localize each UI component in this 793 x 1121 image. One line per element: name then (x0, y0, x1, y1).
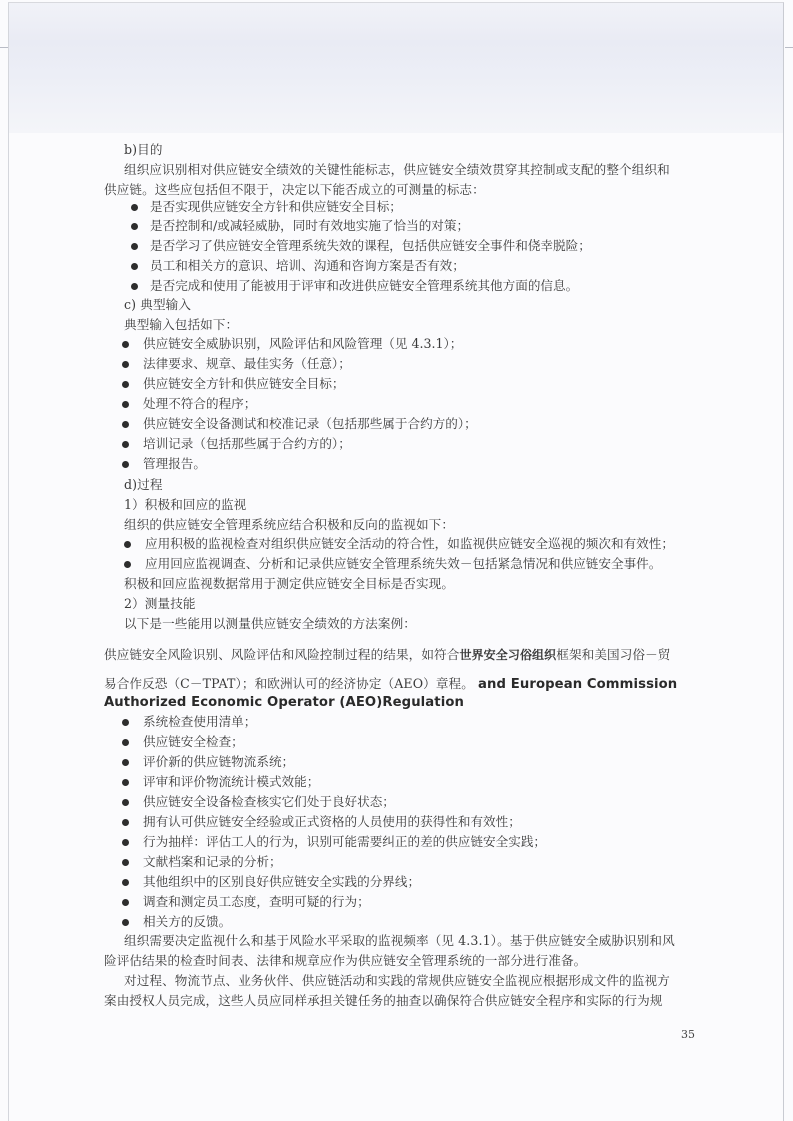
section-c-bullet: 供应链安全设备测试和校准记录（包括那些属于合约方的）； (143, 416, 477, 432)
section-c-bullet: 供应链安全威胁识别，风险评估和风险管理（见 4.3.1）； (143, 336, 462, 352)
method-bullet: 文献档案和记录的分析； (143, 854, 282, 870)
section-b-heading: b)目的 (124, 142, 163, 158)
bullet-icon (122, 719, 129, 726)
bullet-icon (122, 341, 129, 348)
method-bullet: 评审和评价物流统计模式效能； (143, 774, 319, 790)
english-line1: and European Commission (478, 677, 677, 692)
page-number: 35 (681, 1028, 695, 1041)
bullet-icon (122, 401, 129, 408)
bullet-icon (124, 541, 131, 548)
risk-line1-bold: 世界安全习俗组织 (459, 648, 556, 662)
bullet-icon (122, 839, 129, 846)
method-bullet: 行为抽样：评估工人的行为，识别可能需要纠正的差的供应链安全实践； (143, 834, 546, 850)
closing-paragraph1-line2: 险评估结果的检查时间表、法律和规章应作为供应链安全管理系统的一部分进行准备。 (104, 953, 586, 969)
method-bullet: 供应链安全设备检查核实它们处于良好状态； (143, 794, 395, 810)
bullet-icon (122, 441, 129, 448)
section-c-heading: c) 典型输入 (124, 297, 191, 313)
bullet-icon (122, 779, 129, 786)
section-c-intro: 典型输入包括如下： (124, 317, 238, 333)
bullet-icon (131, 204, 138, 211)
method-bullet: 评价新的供应链物流系统； (143, 754, 294, 770)
bullet-icon (122, 759, 129, 766)
subsection-1-bullet: 应用积极的监视检查对组织供应链安全活动的符合性，如监视供应链安全巡视的频次和有效… (145, 536, 674, 552)
bullet-icon (122, 859, 129, 866)
risk-line1-post: 框架和美国习俗－贸 (556, 647, 670, 662)
method-bullet: 供应链安全检查； (143, 734, 244, 750)
method-bullet: 其他组织中的区别良好供应链安全实践的分界线； (143, 874, 420, 890)
bullet-icon (122, 899, 129, 906)
section-b-paragraph-line1: 组织应识别相对供应链安全绩效的关键性能标志，供应链安全绩效贯穿其控制或支配的整个… (124, 162, 670, 178)
section-d-heading: d)过程 (124, 477, 163, 493)
section-c-bullet: 管理报告。 (143, 456, 206, 472)
closing-paragraph2-line2: 案由授权人员完成，这些人员应同样承担关键任务的抽查以确保符合供应链安全程序和实际… (104, 993, 663, 1009)
risk-line1-pre: 供应链安全风险识别、风险评估和风险控制过程的结果，如符合 (104, 647, 459, 662)
bullet-icon (122, 739, 129, 746)
risk-line2-text: 易合作反恐（C－TPAT）；和欧洲认可的经济协定（AEO）章程。 (104, 676, 474, 691)
bullet-icon (122, 919, 129, 926)
bullet-icon (122, 799, 129, 806)
closing-paragraph1-line1: 组织需要决定监视什么和基于风险水平采取的监视频率（见 4.3.1）。基于供应链安… (124, 933, 675, 949)
subsection-1-intro: 组织的供应链安全管理系统应结合积极和反向的监视如下： (124, 517, 454, 533)
section-b-bullet: 是否完成和使用了能被用于评审和改进供应链安全管理系统其他方面的信息。 (150, 278, 578, 294)
method-bullet: 拥有认可供应链安全经验或正式资格的人员使用的获得性和有效性； (143, 814, 521, 830)
section-b-bullet: 是否控制和/或减轻威胁，同时有效地实施了恰当的对策； (150, 218, 469, 234)
method-bullet: 相关方的反馈。 (143, 914, 231, 930)
section-c-bullet: 培训记录（包括那些属于合约方的）； (143, 436, 351, 452)
subsection-2-heading: 2）测量技能 (124, 596, 196, 612)
method-bullet: 系统检查使用清单； (143, 714, 256, 730)
bullet-icon (122, 361, 129, 368)
closing-paragraph2-line1: 对过程、物流节点、业务伙伴、供应链活动和实践的常规供应链安全监视应根据形成文件的… (124, 973, 670, 989)
bullet-icon (122, 879, 129, 886)
section-c-bullet: 法律要求、规章、最佳实务（任意）； (143, 356, 351, 372)
subsection-1-bullet: 应用回应监视调查、分析和记录供应链安全管理系统失效－包括紧急情况和供应链安全事件… (145, 556, 661, 572)
section-b-bullet: 员工和相关方的意识、培训、沟通和咨询方案是否有效； (150, 258, 465, 274)
bullet-icon (131, 283, 138, 290)
section-b-bullet: 是否实现供应链安全方针和供应链安全目标； (150, 199, 402, 215)
bullet-icon (122, 421, 129, 428)
english-line2: Authorized Economic Operator (AEO)Regula… (104, 695, 464, 711)
method-bullet: 调查和测定员工态度，查明可疑的行为； (143, 894, 370, 910)
subsection-1-note: 积极和回应监视数据常用于测定供应链安全目标是否实现。 (124, 576, 454, 592)
bullet-icon (131, 243, 138, 250)
section-c-bullet: 供应链安全方针和供应链安全目标； (143, 376, 345, 392)
bullet-icon (122, 461, 129, 468)
bullet-icon (124, 561, 131, 568)
risk-paragraph-line2: 易合作反恐（C－TPAT）；和欧洲认可的经济协定（AEO）章程。 and Eur… (104, 676, 677, 693)
crop-mark-left (0, 47, 8, 48)
section-c-bullet: 处理不符合的程序； (143, 396, 256, 412)
section-b-paragraph-line2: 供应链。这些应包括但不限于，决定以下能否成立的可测量的标志： (104, 182, 485, 198)
bullet-icon (122, 381, 129, 388)
crop-mark-right (785, 47, 793, 48)
bullet-icon (122, 819, 129, 826)
scan-shading (9, 3, 783, 133)
subsection-1-heading: 1）积极和回应的监视 (124, 497, 246, 513)
subsection-2-intro: 以下是一些能用以测量供应链安全绩效的方法案例： (124, 616, 416, 632)
bullet-icon (131, 223, 138, 230)
bullet-icon (131, 263, 138, 270)
risk-paragraph-line1: 供应链安全风险识别、风险评估和风险控制过程的结果，如符合世界安全习俗组织框架和美… (104, 647, 671, 663)
section-b-bullet: 是否学习了供应链安全管理系统失效的课程，包括供应链安全事件和侥幸脱险； (150, 238, 591, 254)
